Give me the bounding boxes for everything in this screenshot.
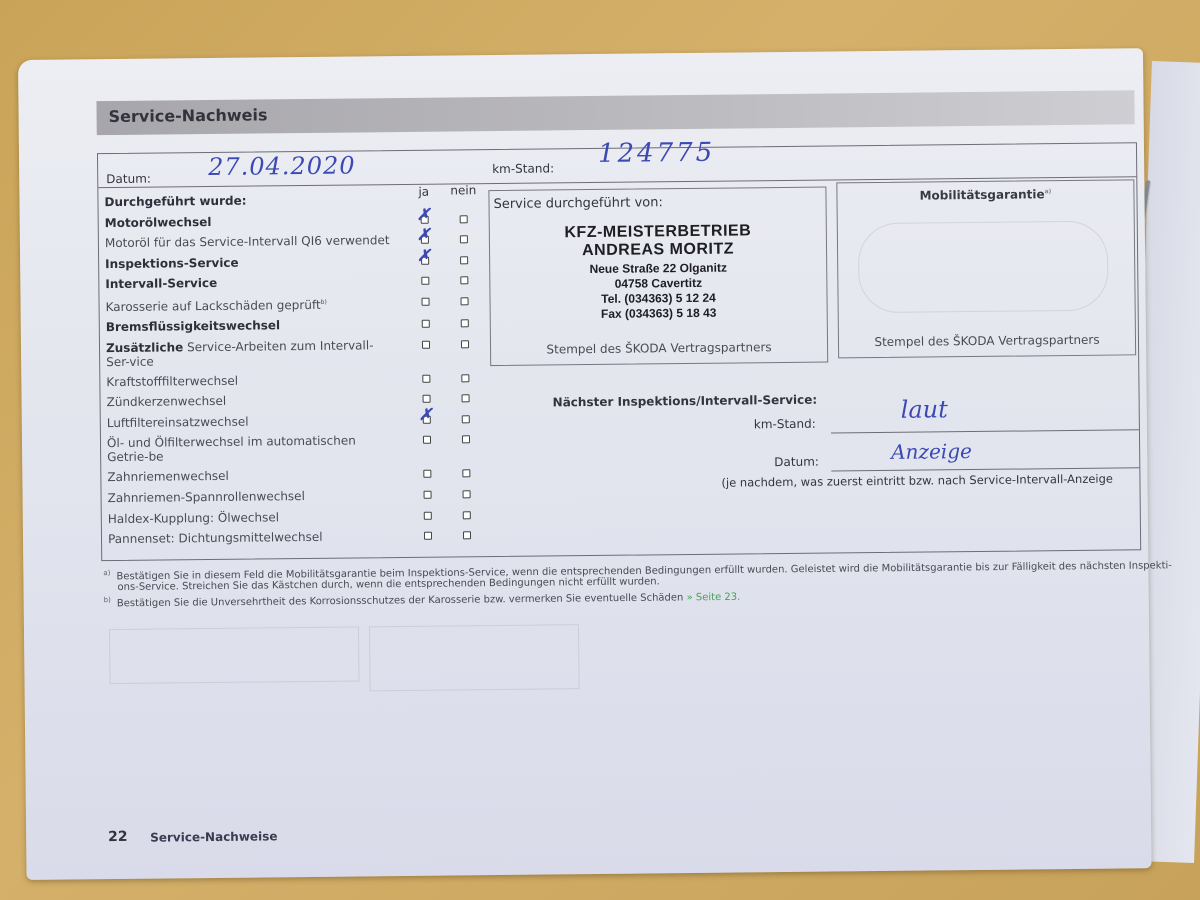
checklist-item-label: Zahnriemenwechsel [107,467,397,484]
checkbox-ja[interactable]: ✗ [421,256,429,264]
show-through-shape [858,221,1109,314]
checklist-item-label: Kraftstofffilterwechsel [106,372,396,389]
checklist-item-label: Zahnriemen-Spannrollenwechsel [108,488,398,505]
handwritten-check-icon: ✗ [417,248,431,262]
checklist-item-label: Zusätzliche Service-Arbeiten zum Interva… [106,338,396,369]
page-number: 22 [108,829,128,845]
checkbox-ja[interactable] [422,374,430,382]
checkbox-nein[interactable] [460,277,468,285]
checklist-item-label: Intervall-Service [105,274,395,291]
checklist-item-label: Inspektions-Service [105,254,395,271]
checkbox-ja[interactable]: ✗ [421,215,429,223]
checklist-item-label-text: Zahnriemen-Spannrollenwechsel [108,489,305,505]
handwritten-check-icon: ✗ [417,228,431,242]
mobility-guarantee-label: Mobilitätsgarantiea) [837,186,1133,203]
footnote-b: b)Bestätigen Sie die Unversehrtheit des … [104,589,741,609]
checklist-item-label-text: Pannenset: Dichtungsmittelwechsel [108,530,323,546]
checkbox-ja[interactable]: ✗ [421,236,429,244]
checkbox-ja[interactable] [422,298,430,306]
checklist-item-label-text: Motoröl für das Service-Intervall QI6 ve… [105,233,390,250]
checklist-item-label-text: Kraftstofffilterwechsel [106,373,238,388]
checkbox-nein[interactable] [462,394,470,402]
checkbox-nein[interactable] [460,215,468,223]
show-through-box [109,626,360,684]
checkbox-nein[interactable] [460,256,468,264]
checklist-item-label-bold: Zusätzliche [106,340,183,355]
checklist-item: Öl- und Ölfilterwechsel im automatischen… [107,430,477,468]
checklist-item-label: Öl- und Ölfilterwechsel im automatischen… [107,433,397,464]
stamp-line-6: Fax (034363) 5 18 43 [491,305,827,323]
checkbox-nein[interactable] [461,319,469,327]
checkbox-nein[interactable] [463,511,471,519]
footnote-ref-a: a) [1045,188,1052,195]
checkbox-ja[interactable]: ✗ [423,415,431,423]
next-date-value[interactable]: Anzeige [891,439,972,464]
checkbox-ja[interactable] [424,491,432,499]
checkbox-nein[interactable] [460,235,468,243]
mobility-guarantee-title: Mobilitätsgarantie [919,187,1044,202]
service-checklist: Durchgeführt wurde: Motorölwechsel✗Motor… [104,188,478,550]
checkbox-ja[interactable] [423,436,431,444]
service-provider-caption: Stempel des ŠKODA Vertragspartners [491,340,827,358]
checkbox-ja[interactable] [421,277,429,285]
checklist-item-label: Luftfiltereinsatzwechsel [107,413,397,430]
footnote-b-marker: b) [104,596,111,604]
page-23-link[interactable]: » Seite 23. [686,592,740,604]
checklist-item-label: Haldex-Kupplung: Ölwechsel [108,509,398,526]
checkbox-nein[interactable] [463,531,471,539]
checklist-item: Pannenset: Dichtungsmittelwechsel [108,525,478,549]
section-title: Service-Nachweis [108,105,267,126]
checklist-item-label-bold: Intervall-Service [105,276,217,291]
handwritten-check-icon: ✗ [417,207,431,221]
mobility-guarantee-box: Mobilitätsgarantiea) Stempel des ŠKODA V… [836,179,1136,358]
checklist-item-label-text: Haldex-Kupplung: Ölwechsel [108,510,279,526]
next-km-line [831,429,1139,433]
stamp-line-2: ANDREAS MORITZ [490,240,826,262]
checklist-item-label-text: Zahnriemenwechsel [107,469,229,484]
date-label: Datum: [106,172,151,186]
next-service-note: (je nachdem, was zuerst eintritt bzw. na… [721,472,1113,490]
km-label: km-Stand: [492,161,554,176]
checklist-item-label-text: Zündkerzenwechsel [107,394,227,409]
footnote-a-marker: a) [103,569,110,577]
show-through-box [369,624,580,691]
checklist-item-label: Motorölwechsel [105,213,395,230]
checklist-item-label: Motoröl für das Service-Intervall QI6 ve… [105,233,395,250]
checkbox-ja[interactable] [422,340,430,348]
checkbox-nein[interactable] [461,374,469,382]
next-km-value[interactable]: laut [901,395,948,423]
checklist-item-label-text: Karosserie auf Lackschäden geprüft [106,298,321,314]
checklist-item-label-bold: Inspektions-Service [105,255,239,270]
checkbox-nein[interactable] [462,470,470,478]
checklist-item-label-text: Luftfiltereinsatzwechsel [107,414,249,429]
checklist-item-label: Bremsflüssigkeitswechsel [106,317,396,334]
km-value[interactable]: 124775 [598,138,716,169]
service-record-form: Datum: 27.04.2020 km-Stand: 124775 ja ne… [97,142,1141,561]
handwritten-check-icon: ✗ [419,407,433,421]
service-provider-box: Service durchgeführt von: KFZ-MEISTERBET… [488,187,828,367]
footnote-b-text: Bestätigen Sie die Unversehrtheit des Ko… [117,592,684,609]
next-km-label: km-Stand: [754,417,816,432]
next-date-label: Datum: [774,455,819,469]
checklist-item-label-bold: Bremsflüssigkeitswechsel [106,318,280,334]
checkbox-ja[interactable] [424,532,432,540]
checklist-item-label-text: Öl- und Ölfilterwechsel im automatischen… [107,434,356,465]
page-footer-title: Service-Nachweise [150,829,277,844]
date-value[interactable]: 27.04.2020 [208,151,356,181]
booklet-page: Service-Nachweis Datum: 27.04.2020 km-St… [18,48,1152,880]
checkbox-nein[interactable] [461,340,469,348]
checkbox-nein[interactable] [462,415,470,423]
checkbox-nein[interactable] [463,490,471,498]
mobility-guarantee-caption: Stempel des ŠKODA Vertragspartners [839,332,1135,349]
checklist-item: Zusätzliche Service-Arbeiten zum Interva… [106,334,476,372]
checkbox-ja[interactable] [423,395,431,403]
next-service-heading: Nächster Inspektions/Intervall-Service: [553,393,818,410]
checklist-item-label-bold: Motorölwechsel [105,215,212,230]
checkbox-nein[interactable] [462,436,470,444]
checkbox-ja[interactable] [423,470,431,478]
checkbox-ja[interactable] [424,511,432,519]
checkbox-nein[interactable] [461,297,469,305]
checkbox-ja[interactable] [422,320,430,328]
service-provider-label: Service durchgeführt von: [493,195,662,212]
checklist-item-label: Karosserie auf Lackschäden geprüftb) [105,295,395,314]
footnote-ref-b: b) [321,299,327,306]
section-header-bar: Service-Nachweis [96,90,1134,135]
checklist-item-label: Zündkerzenwechsel [107,392,397,409]
checklist-item-label: Pannenset: Dichtungsmittelwechsel [108,529,398,546]
